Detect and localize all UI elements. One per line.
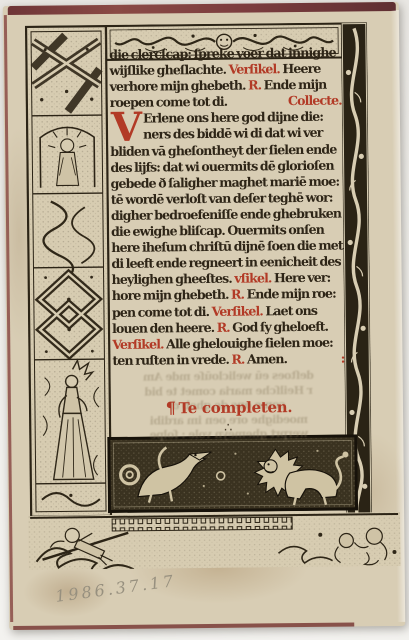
- body-text: louen den heere.: [112, 319, 217, 336]
- text-lines: die clercſcap: ſpreke voer dat innighewi…: [109, 43, 344, 369]
- body-text: hore mijn ghebeth.: [112, 287, 231, 304]
- body-text: Laet ons: [263, 302, 317, 319]
- page-edge-bottom-red-stain: [13, 622, 354, 630]
- rubric-text: R.: [217, 319, 230, 335]
- body-text: Heere: [280, 61, 321, 78]
- rubric-text: Verſikel.: [228, 61, 279, 78]
- show-through-line: deſtoes eū welicloūſe mde Am: [117, 369, 341, 386]
- page-edge-left-red-stain: [4, 15, 13, 622]
- dragon-lion-woodcut-panel: [107, 434, 358, 513]
- body-text: ners des biddē wi di dat wi ver: [143, 125, 323, 143]
- body-text: roepen come tot di.: [110, 94, 228, 111]
- rubric-text: R.: [248, 78, 261, 94]
- section-title: Te completen.: [178, 398, 292, 417]
- rubric-text: Verſikel.: [112, 336, 163, 353]
- body-text: Ende mijn: [261, 77, 326, 94]
- body-text: [287, 350, 341, 367]
- rubric-text: R.: [231, 287, 244, 303]
- left-border-woodcut: [25, 25, 112, 518]
- text-line: ten ruſten in vrede. R. Amen.:: [112, 350, 344, 369]
- bottom-border-woodcut: [28, 512, 401, 570]
- ornament-dots: ∴: [113, 419, 345, 436]
- body-text: God ſy gheloeft.: [230, 318, 329, 335]
- rubric-text: vſikel.: [234, 271, 271, 287]
- page-edge-top-red-stain: [8, 2, 396, 15]
- accession-number-pencil: 1986.37.17: [54, 571, 177, 606]
- body-text: Ende mijn roe:: [244, 286, 336, 303]
- body-text: Alle ghelouighe ſielen moe:: [163, 334, 332, 352]
- body-text: Amen.: [244, 351, 287, 368]
- rubric-text: Verſikel.: [212, 303, 263, 320]
- manuscript-leaf: 61.: [3, 2, 406, 630]
- body-text: [227, 93, 288, 110]
- rubric-text: R.: [231, 351, 244, 367]
- text-block: V die clercſcap: ſpreke voer dat innighe…: [109, 43, 345, 437]
- photograph-background: 61.: [0, 0, 409, 640]
- rubric-text: Collecte.: [288, 93, 342, 110]
- body-text: wijſlike gheſlachte.: [109, 62, 228, 79]
- body-text: ten ruſten in vrede.: [112, 351, 231, 368]
- paragraph-mark: ¶: [166, 398, 176, 417]
- body-text: pen come tot di.: [112, 303, 212, 320]
- rubric-text: :: [341, 350, 345, 366]
- body-text: heylighen gheeſtes.: [112, 271, 235, 288]
- body-text: Here ver:: [271, 270, 330, 287]
- body-text: Erlene ons here god dijne die:: [143, 109, 323, 127]
- body-text: verhore mijn ghebeth.: [110, 78, 249, 96]
- section-heading: ¶Te completen.: [113, 396, 345, 417]
